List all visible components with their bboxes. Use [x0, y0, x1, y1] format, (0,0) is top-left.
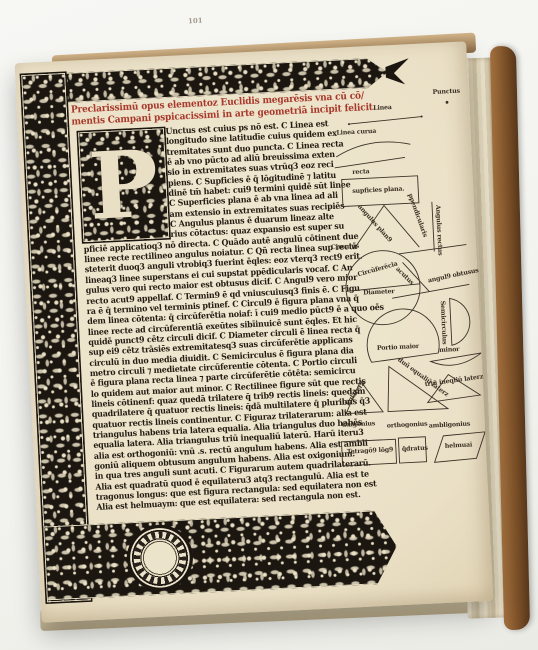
- obtuse-acute-base: [392, 284, 469, 298]
- margin-diagrams: Punctus Linea Linea curua recta supficie…: [322, 87, 487, 490]
- book-page: Preclarissimū opus elementoz Euclidis me…: [15, 41, 494, 622]
- line-curved: [336, 141, 411, 157]
- point-dot: [446, 101, 449, 104]
- diagram-label-helmuaym: helmuaī: [445, 441, 473, 449]
- diagram-label-circulus: Circulus: [331, 243, 359, 251]
- border-leaf-flourish-icon: [385, 58, 410, 85]
- line-recta: [335, 157, 405, 167]
- major-segment: [365, 307, 439, 362]
- diagram-label-quadratus: q̄dratus: [402, 445, 428, 453]
- folio-number: 101: [188, 16, 203, 26]
- woodcut-initial-P: P: [78, 128, 169, 242]
- diagram-label-punctus: Punctus: [432, 88, 460, 96]
- initial-letter: P: [86, 130, 160, 241]
- diagram-label-linea: Linea: [373, 104, 392, 112]
- diagram-label-portio-minor: minor: [439, 346, 459, 354]
- semicircle: [450, 297, 471, 345]
- minor-segment: [430, 353, 481, 366]
- line-straight: [349, 117, 422, 125]
- diagram-shapes: [322, 87, 487, 490]
- bottom-ornament-border: [43, 509, 398, 600]
- diagram-label-recta: recta: [352, 168, 369, 176]
- right-angle-base: [399, 245, 466, 254]
